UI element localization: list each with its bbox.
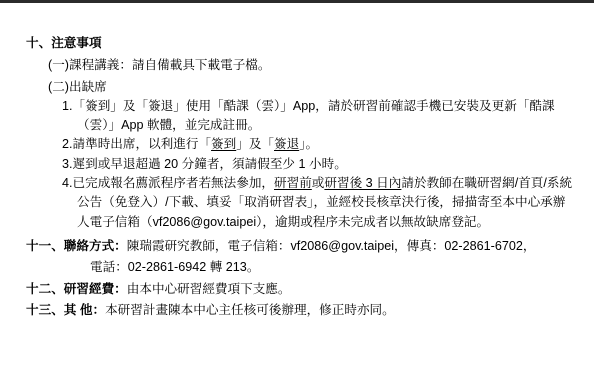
course-handout-text: (一)課程講義：請自備載具下載電子檔。 [48,58,270,72]
attendance-rule-4-line-3: 人電子信箱（vf2086@gov.taipei），逾期或程序未完成者以無故缺席登… [77,213,594,232]
section-10-item-1: (一)課程講義：請自備載具下載電子檔。 [48,56,594,75]
document-page: 十、注意事項 (一)課程講義：請自備載具下載電子檔。 (二)出缺席 1.「簽到」… [0,0,594,370]
section-13-label: 十三、其 他： [26,303,105,317]
contact-info-line-1: 陳瑞霞研究教師，電子信箱：vf2086@gov.taipei，傳真：02-286… [127,239,536,253]
rule-4-pre: 4.已完成報名薦派程序者若無法參加， [62,176,274,190]
section-10-item-2: (二)出缺席 [48,78,594,97]
section-10-heading-text: 十、注意事項 [26,36,102,50]
rule-4-post: 請於教師在職研習網/首頁/系統 [401,176,572,190]
attendance-rule-1-line-1: 1.「簽到」及「簽退」使用「酷課（雲）」App，請於研習前確認手機已安裝及更新「… [62,97,594,116]
section-12-label: 十二、研習經費： [26,282,127,296]
funding-text: 由本中心研習經費項下支應。 [127,282,291,296]
rule-4-after-underlined: 研習後 3 日內 [324,176,401,190]
rule-2-signout-underlined: 簽退 [274,137,299,151]
section-11-label: 十一、聯絡方式： [26,239,127,253]
section-13-line: 十三、其 他：本研習計畫陳本中心主任核可後辦理，修正時亦同。 [26,301,594,320]
attendance-header-text: (二)出缺席 [48,80,107,94]
attendance-rule-1-line-2: （雲）」App 軟體，並完成註冊。 [77,116,594,135]
contact-info-line-2: 電話：02-2861-6942 轉 213。 [90,260,259,274]
rule-4-text-line-3: 人電子信箱（vf2086@gov.taipei），逾期或程序未完成者以無故缺席登… [77,215,489,229]
rule-2-signin-underlined: 簽到 [211,137,236,151]
rule-4-before-underlined: 研習前 [274,176,312,190]
attendance-rule-4-line-2: 公告（免登入）/下載、填妥「取消研習表」，並經校長核章決行後，掃描寄至本中心承辦 [77,193,594,212]
rule-2-mid: 」及「 [236,137,274,151]
section-10-heading: 十、注意事項 [26,34,594,53]
rule-4-or: 或 [312,176,325,190]
rule-1-text-line-2: （雲）」App 軟體，並完成註冊。 [77,118,260,132]
rule-2-post: 」。 [299,137,318,151]
attendance-rule-3: 3.遲到或早退超過 20 分鐘者，須請假至少 1 小時。 [62,155,594,174]
other-text: 本研習計畫陳本中心主任核可後辦理，修正時亦同。 [105,303,395,317]
section-12-line: 十二、研習經費：由本中心研習經費項下支應。 [26,280,594,299]
attendance-rule-4-line-1: 4.已完成報名薦派程序者若無法參加，研習前或研習後 3 日內請於教師在職研習網/… [62,174,594,193]
section-11-line-2: 電話：02-2861-6942 轉 213。 [90,258,594,277]
attendance-rule-2: 2.請準時出席，以利進行「簽到」及「簽退」。 [62,135,594,154]
rule-3-text: 3.遲到或早退超過 20 分鐘者，須請假至少 1 小時。 [62,157,347,171]
rule-2-pre: 2.請準時出席，以利進行「 [62,137,211,151]
document-content: 十、注意事項 (一)課程講義：請自備載具下載電子檔。 (二)出缺席 1.「簽到」… [0,3,594,320]
rule-4-text-line-2: 公告（免登入）/下載、填妥「取消研習表」，並經校長核章決行後，掃描寄至本中心承辦 [77,195,565,209]
section-11-line-1: 十一、聯絡方式：陳瑞霞研究教師，電子信箱：vf2086@gov.taipei，傳… [26,237,594,256]
rule-1-text-line-1: 1.「簽到」及「簽退」使用「酷課（雲）」App，請於研習前確認手機已安裝及更新「… [62,99,555,113]
